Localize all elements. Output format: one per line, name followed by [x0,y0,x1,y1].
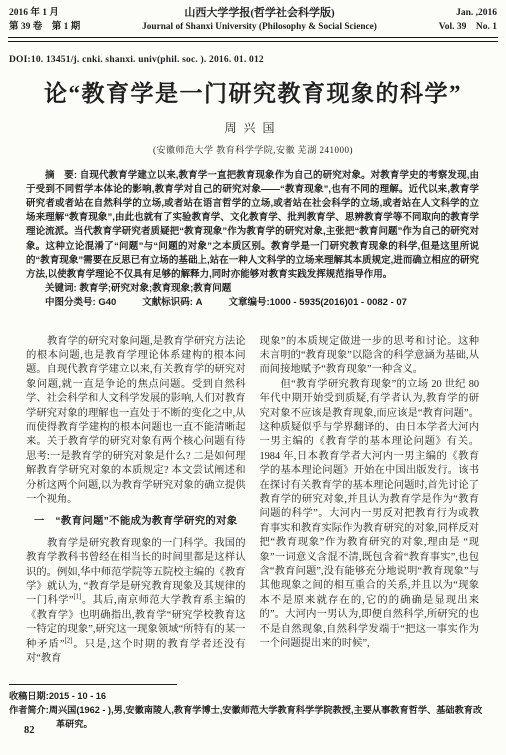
received-date-line: 收稿日期:2015 - 10 - 16 [9,690,486,704]
header-center: 山西大学学报(哲学社会科学版) Journal of Shanxi Univer… [80,6,438,34]
abstract-block: 摘 要: 自现代教育学建立以来,教育学一直把教育现象作为自己的研究对象。对教育学… [26,169,479,311]
author-name: 周兴国 [0,119,506,136]
received-date-label: 收稿日期: [9,691,49,701]
page-number: 82 [24,725,35,736]
doc-code-value: A [196,297,203,308]
keywords-line: 关键词: 教育学;研究对象;教育现象;教育问题 [26,282,479,296]
paragraph-intro: 教育学的研究对象问题,是教育学研究方法论的根本问题,也是教育学理论体系建构的根本… [26,335,246,508]
journal-article-page: 2016 年 1 月 第 39 卷 第 1 期 山西大学学报(哲学社会科学版) … [0,0,506,755]
clc-label: 中图分类号: [45,297,96,308]
doc-code-label: 文献标识码: [142,297,193,308]
abstract-text: 自现代教育学建立以来,教育学一直把教育现象作为自己的研究对象。对教育学史的考察发… [26,170,479,280]
footnote-block: 收稿日期:2015 - 10 - 16 作者简介:周兴国(1962 - ),男,… [9,684,486,731]
header-issue-cn: 第 39 卷 第 1 期 [9,20,80,34]
header-date-en: Jan. ,2016 [439,6,497,20]
paragraph-section1-cont: 但“教育学研究教育现象”的立场 20 世纪 80 年代中期开始受到质疑,有学者认… [260,378,480,652]
abstract-label: 摘 要: [45,170,77,181]
body-left-column: 教育学的研究对象问题,是教育学研究方法论的根本问题,也是教育学理论体系建构的根本… [26,335,246,675]
header-date-cn: 2016 年 1 月 [9,6,80,20]
article-no-label: 文章编号: [228,297,269,308]
author-bio-label: 作者简介: [9,705,49,715]
author-bio-line: 作者简介:周兴国(1962 - ),男,安徽南陵人,教育学博士,安徽师范大学教育… [9,704,486,732]
header-issue-en: Vol. 39 No. 1 [439,20,497,34]
keywords-text: 教育学;研究对象;教育现象;教育问题 [79,283,231,294]
author-affiliation: (安徽师范大学 教育科学学院,安徽 芜湖 241000) [0,143,506,156]
section-heading-1: 一 “教育问题”不能成为教育学研究的对象 [26,515,246,529]
body-right-column: 现象”的本质规定做进一步的思考和讨论。这种未言明的“教育现象”以隐含的科学意涵为… [260,335,480,675]
article-no-value: 1000 - 5935(2016)01 - 0082 - 07 [270,297,407,308]
author-bio-value: 周兴国(1962 - ),男,安徽南陵人,教育学博士,安徽师范大学教育科学学院教… [49,705,482,729]
journal-title-en: Journal of Shanxi University (Philosophy… [80,20,438,34]
clc-value: G40 [98,297,116,308]
paragraph-continuation: 现象”的本质规定做进一步的思考和讨论。这种未言明的“教育现象”以隐含的科学意涵为… [260,335,480,378]
abstract-paragraph: 摘 要: 自现代教育学建立以来,教育学一直把教育现象作为自己的研究对象。对教育学… [26,169,479,283]
footnote-divider [9,684,177,685]
keywords-label: 关键词: [45,283,77,294]
paragraph-section1: 教育学是研究教育现象的一门科学。我国的教育学教科书曾经在相当长的时间里都是这样认… [26,537,246,667]
journal-title-cn: 山西大学学报(哲学社会科学版) [80,6,438,20]
classification-line: 中图分类号: G40文献标识码: A文章编号:1000 - 5935(2016)… [26,296,479,310]
header-right: Jan. ,2016 Vol. 39 No. 1 [439,6,497,34]
doi-text: DOI:10. 13451/j. cnki. shanxi. univ(phil… [9,55,506,65]
article-title: 论“教育学是一门研究教育现象的科学” [10,80,496,108]
running-head: 2016 年 1 月 第 39 卷 第 1 期 山西大学学报(哲学社会科学版) … [0,0,506,34]
header-divider [8,37,498,42]
received-date-value: 2015 - 10 - 16 [49,691,106,701]
body-columns: 教育学的研究对象问题,是教育学研究方法论的根本问题,也是教育学理论体系建构的根本… [26,335,479,675]
header-left: 2016 年 1 月 第 39 卷 第 1 期 [9,6,80,34]
